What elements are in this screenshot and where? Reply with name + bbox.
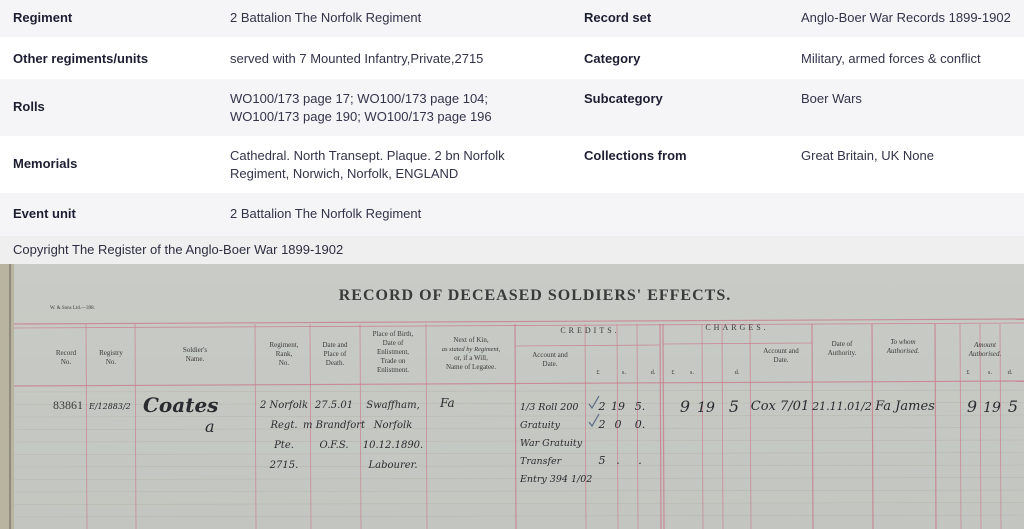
detail-value: Anglo-Boer War Records 1899-1902: [801, 9, 1011, 27]
detail-row: Other regiments/units served with 7 Moun…: [0, 37, 1024, 79]
svg-text:Death.: Death.: [326, 359, 345, 367]
svg-text:Fa: Fa: [439, 396, 455, 410]
svg-text:as stated by Regiment,: as stated by Regiment,: [442, 346, 501, 353]
svg-text:Regiment,: Regiment,: [270, 341, 299, 349]
svg-text:Place of: Place of: [324, 350, 347, 358]
svg-text:£: £: [596, 369, 600, 376]
detail-value: served with 7 Mounted Infantry,Private,2…: [230, 50, 483, 68]
detail-row: Event unit 2 Battalion The Norfolk Regim…: [0, 193, 1024, 236]
svg-text:E/12883/2: E/12883/2: [88, 402, 131, 411]
detail-label: Subcategory: [584, 90, 663, 108]
svg-text:Registry: Registry: [99, 349, 123, 357]
svg-text:9: 9: [680, 397, 690, 416]
svg-text:War Gratuity: War Gratuity: [520, 438, 583, 449]
ledger-page: RECORD OF DECEASED SOLDIERS' EFFECTS.W. …: [0, 264, 1024, 529]
detail-label: Record set: [584, 9, 651, 27]
svg-text:or, if a Will,: or, if a Will,: [454, 354, 488, 362]
svg-text:Soldier's: Soldier's: [183, 346, 207, 354]
detail-label: Category: [584, 50, 640, 68]
detail-label: Collections from: [584, 147, 687, 165]
copyright-text: Copyright The Register of the Anglo-Boer…: [13, 236, 343, 264]
svg-text:Trade on: Trade on: [381, 357, 406, 365]
svg-text:9: 9: [967, 397, 977, 416]
detail-value: Great Britain, UK None: [801, 147, 934, 165]
svg-text:Date of: Date of: [383, 339, 404, 347]
svg-text:s.: s.: [988, 369, 993, 376]
svg-text:2715.: 2715.: [269, 460, 299, 471]
svg-text:10.12.1890.: 10.12.1890.: [363, 440, 423, 451]
svg-text:2: 2: [598, 400, 606, 413]
svg-text:19: 19: [611, 400, 625, 413]
svg-text:Authorised.: Authorised.: [886, 347, 920, 355]
svg-text:Date and: Date and: [322, 341, 348, 349]
detail-value: Cathedral. North Transept. Plaque. 2 bn …: [230, 147, 505, 165]
svg-text:To whom: To whom: [890, 338, 915, 346]
svg-text:No.: No.: [61, 358, 72, 366]
svg-text:27.5.01: 27.5.01: [314, 400, 353, 411]
detail-value: Regiment, Norwich, Norfolk, ENGLAND: [230, 165, 458, 183]
svg-text:d.: d.: [651, 369, 656, 376]
svg-text:Name of Legatee.: Name of Legatee.: [446, 363, 496, 371]
svg-text:CHARGES.: CHARGES.: [705, 323, 768, 332]
svg-text:Enlistment,: Enlistment,: [377, 348, 409, 356]
svg-text:Date of: Date of: [832, 340, 853, 348]
svg-text:Authority.: Authority.: [828, 349, 857, 357]
svg-text:Norfolk: Norfolk: [373, 420, 413, 431]
svg-text:No.: No.: [279, 359, 290, 367]
detail-label: Event unit: [13, 205, 76, 223]
svg-text:2: 2: [598, 418, 606, 431]
detail-row: Regiment 2 Battalion The Norfolk Regimen…: [0, 0, 1024, 37]
svg-text:Transfer: Transfer: [520, 456, 563, 467]
detail-value: 2 Battalion The Norfolk Regiment: [230, 205, 421, 223]
detail-label: Memorials: [13, 155, 77, 173]
svg-text:5: 5: [599, 454, 606, 467]
svg-text:CREDITS.: CREDITS.: [560, 326, 619, 335]
svg-text:Next of Kin,: Next of Kin,: [453, 336, 488, 344]
svg-text:Amount: Amount: [973, 341, 997, 349]
svg-text:d.: d.: [735, 369, 740, 376]
svg-text:£: £: [966, 369, 970, 376]
detail-value: WO100/173 page 190; WO100/173 page 196: [230, 108, 492, 126]
svg-text:Labourer.: Labourer.: [367, 460, 417, 471]
svg-text:Enlistment.: Enlistment.: [377, 366, 409, 374]
svg-text:Gratuity: Gratuity: [520, 420, 561, 431]
svg-text:No.: No.: [106, 358, 117, 366]
svg-text:O.F.S.: O.F.S.: [319, 440, 348, 451]
copyright-caption: Copyright The Register of the Anglo-Boer…: [0, 236, 1024, 264]
svg-text:Cox 7/01: Cox 7/01: [751, 399, 809, 414]
svg-text:.: .: [616, 454, 620, 467]
svg-text:Name.: Name.: [186, 355, 205, 363]
svg-text:Date.: Date.: [774, 356, 789, 364]
svg-text:W. & Sons Ltd.—398.: W. & Sons Ltd.—398.: [50, 306, 95, 311]
svg-text:5: 5: [1008, 397, 1018, 416]
svg-text:19: 19: [697, 400, 715, 416]
detail-label: Rolls: [13, 98, 45, 116]
svg-text:Coates: Coates: [143, 393, 218, 417]
detail-value: Boer Wars: [801, 90, 862, 108]
svg-text:0.: 0.: [635, 418, 646, 431]
detail-label: Regiment: [13, 9, 72, 27]
svg-text:Account and: Account and: [763, 347, 799, 355]
svg-text:Authorised.: Authorised.: [968, 350, 1002, 358]
svg-text:m Brandfort: m Brandfort: [303, 420, 366, 431]
svg-text:d.: d.: [1008, 369, 1013, 376]
svg-text:Record: Record: [56, 349, 77, 357]
svg-text:Rank,: Rank,: [276, 350, 293, 358]
svg-text:Pte.: Pte.: [273, 440, 294, 451]
svg-text:Place of Birth,: Place of Birth,: [373, 330, 414, 338]
detail-row: Memorials Cathedral. North Transept. Pla…: [0, 136, 1024, 193]
svg-text:2 Norfolk: 2 Norfolk: [259, 400, 308, 411]
ledger-scan-image[interactable]: RECORD OF DECEASED SOLDIERS' EFFECTS.W. …: [0, 264, 1024, 529]
svg-text:5: 5: [729, 397, 739, 416]
svg-text:£: £: [671, 369, 675, 376]
svg-text:a: a: [205, 417, 215, 436]
detail-row: Rolls WO100/173 page 17; WO100/173 page …: [0, 79, 1024, 136]
svg-text:Date.: Date.: [543, 360, 558, 368]
svg-text:Regt.: Regt.: [269, 420, 297, 431]
svg-text:Swaffham,: Swaffham,: [366, 400, 420, 411]
svg-text:5.: 5.: [635, 400, 646, 413]
svg-text:1/3 Roll 200: 1/3 Roll 200: [520, 402, 578, 413]
svg-text:s.: s.: [690, 369, 695, 376]
detail-value: WO100/173 page 17; WO100/173 page 104;: [230, 90, 488, 108]
detail-label: Other regiments/units: [13, 50, 148, 68]
svg-text:Entry 394 1/02: Entry 394 1/02: [519, 474, 592, 485]
svg-text:Fa James: Fa James: [874, 399, 935, 414]
svg-text:21.11.01/2: 21.11.01/2: [811, 400, 872, 413]
svg-text:0: 0: [615, 418, 622, 431]
svg-text:83861: 83861: [53, 398, 83, 412]
svg-text:19: 19: [983, 400, 1001, 416]
detail-value: 2 Battalion The Norfolk Regiment: [230, 9, 421, 27]
svg-text:.: .: [638, 454, 642, 467]
svg-text:RECORD OF DECEASED SOLDIERS' E: RECORD OF DECEASED SOLDIERS' EFFECTS.: [339, 287, 731, 304]
svg-text:Account and: Account and: [532, 351, 568, 359]
detail-value: Military, armed forces & conflict: [801, 50, 981, 68]
svg-text:s.: s.: [622, 369, 627, 376]
